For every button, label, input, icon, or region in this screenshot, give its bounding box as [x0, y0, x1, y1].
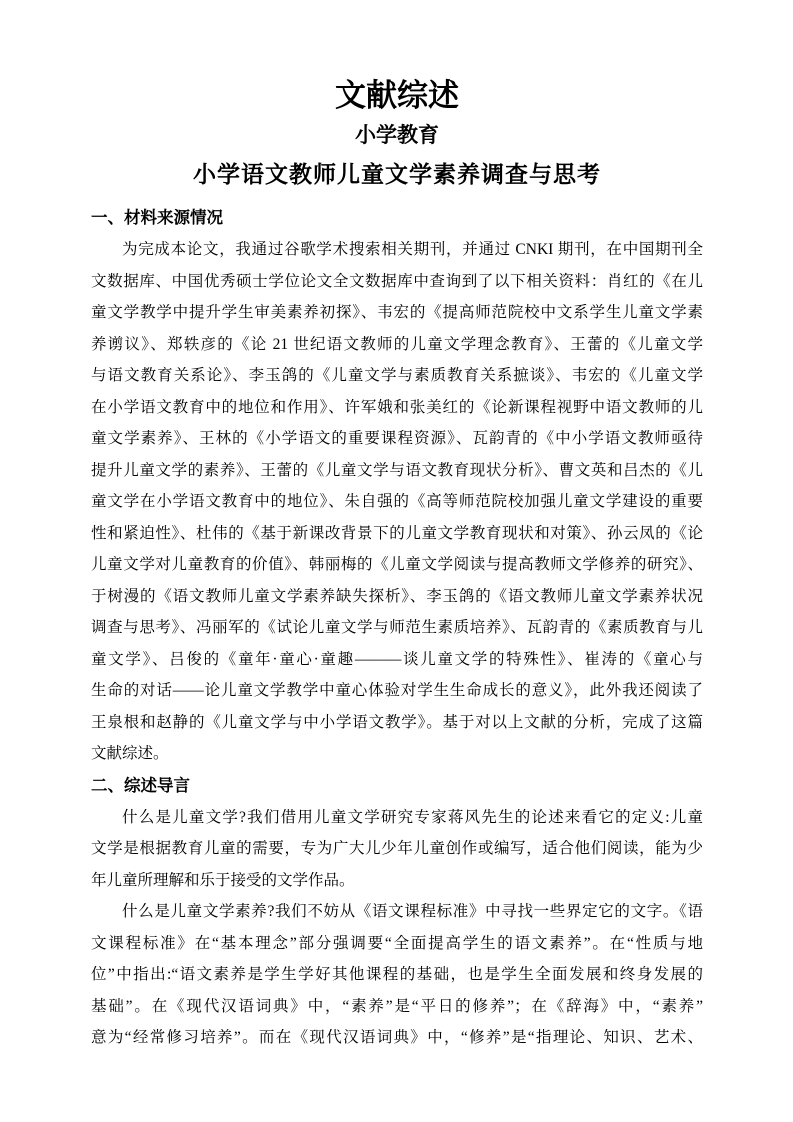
- paragraph: 为完成本论文，我通过谷歌学术搜索相关期刊，并通过 CNKI 期刊，在中国期刊全文…: [91, 234, 703, 770]
- text-line: 意为“经常修习培养”。而在《现代汉语词典》中，“修养”是“指理论、知识、艺术、: [91, 1022, 703, 1054]
- text-line: 童文学在小学语文教育中的地位》、朱自强的《高等师范院校加强儿童文学建设的重要: [91, 486, 703, 518]
- text-line: 提升儿童文学的素养》、王蕾的《儿童文学与语文教育现状分析》、曹文英和吕杰的《儿: [91, 455, 703, 487]
- text-line: 在小学语文教育中的地位和作用》、许军娥和张美红的《论新课程视野中语文教师的儿: [91, 392, 703, 424]
- text-line: 童文学素养》、王林的《小学语文的重要课程资源》、瓦韵青的《中小学语文教师亟待: [91, 423, 703, 455]
- text-line: 文课程标准》在“基本理念”部分强调要“全面提高学生的语文素养”。在“性质与地: [91, 928, 703, 960]
- document-title: 文献综述: [91, 78, 703, 114]
- text-line: 年儿童所理解和乐于接受的文学作品。: [91, 865, 703, 897]
- text-line: 文数据库、中国优秀硕士学位论文全文数据库中查询到了以下相关资料：肖红的《在儿: [91, 266, 703, 298]
- text-line: 王泉根和赵静的《儿童文学与中小学语文教学》。基于对以上文献的分析，完成了这篇: [91, 707, 703, 739]
- text-line: 于树漫的《语文教师儿童文学素养缺失探析》、李玉鸽的《语文教师儿童文学素养状况: [91, 581, 703, 613]
- document-page: 文献综述 小学教育 小学语文教师儿童文学素养调查与思考 一、材料来源情况为完成本…: [0, 0, 793, 1122]
- text-line: 性和紧迫性》、杜伟的《基于新课改背景下的儿童文学教育现状和对策》、孙云凤的《论: [91, 518, 703, 550]
- text-line: 调查与思考》、冯丽军的《试论儿童文学与师范生素质培养》、瓦韵青的《素质教育与儿: [91, 612, 703, 644]
- text-line: 童文学教学中提升学生审美素养初探》、韦宏的《提高师范院校中文系学生儿童文学素: [91, 297, 703, 329]
- paragraph: 什么是儿童文学素养?我们不妨从《语文课程标准》中寻找一些界定它的文字。《语文课程…: [91, 896, 703, 1054]
- text-line: 文献综述。: [91, 738, 703, 770]
- text-line: 什么是儿童文学?我们借用儿童文学研究专家蒋风先生的论述来看它的定义:儿童: [91, 802, 703, 834]
- text-line: 生命的对话——论儿童文学教学中童心体验对学生生命成长的意义》，此外我还阅读了: [91, 675, 703, 707]
- text-line: 什么是儿童文学素养?我们不妨从《语文课程标准》中寻找一些界定它的文字。《语: [91, 896, 703, 928]
- section-heading-1: 一、材料来源情况: [91, 202, 703, 234]
- text-line: 儿童文学对儿童教育的价值》、韩丽梅的《儿童文学阅读与提高教师文学修养的研究》、: [91, 549, 703, 581]
- text-line: 基础”。在《现代汉语词典》中，“素养”是“平日的修养”；在《辞海》中，“素养”: [91, 991, 703, 1023]
- text-line: 为完成本论文，我通过谷歌学术搜索相关期刊，并通过 CNKI 期刊，在中国期刊全: [91, 234, 703, 266]
- text-line: 与语文教育关系论》、李玉鸽的《儿童文学与素质教育关系摭谈》、韦宏的《儿童文学: [91, 360, 703, 392]
- document-body: 一、材料来源情况为完成本论文，我通过谷歌学术搜索相关期刊，并通过 CNKI 期刊…: [91, 202, 703, 1054]
- text-line: 文学是根据教育儿童的需要，专为广大儿少年儿童创作或编写，适合他们阅读，能为少: [91, 833, 703, 865]
- text-line: 童文学》、吕俊的《童年·童心·童趣———谈儿童文学的特殊性》、崔涛的《童心与: [91, 644, 703, 676]
- document-subject-title: 小学语文教师儿童文学素养调查与思考: [91, 158, 703, 192]
- text-line: 位”中指出:“语文素养是学生学好其他课程的基础，也是学生全面发展和终身发展的: [91, 959, 703, 991]
- section-heading-2: 二、综述导言: [91, 770, 703, 802]
- text-line: 养谫议》、郑轶彦的《论 21 世纪语文教师的儿童文学理念教育》、王蕾的《儿童文学: [91, 329, 703, 361]
- paragraph: 什么是儿童文学?我们借用儿童文学研究专家蒋风先生的论述来看它的定义:儿童文学是根…: [91, 802, 703, 897]
- document-program-subtitle: 小学教育: [91, 120, 703, 150]
